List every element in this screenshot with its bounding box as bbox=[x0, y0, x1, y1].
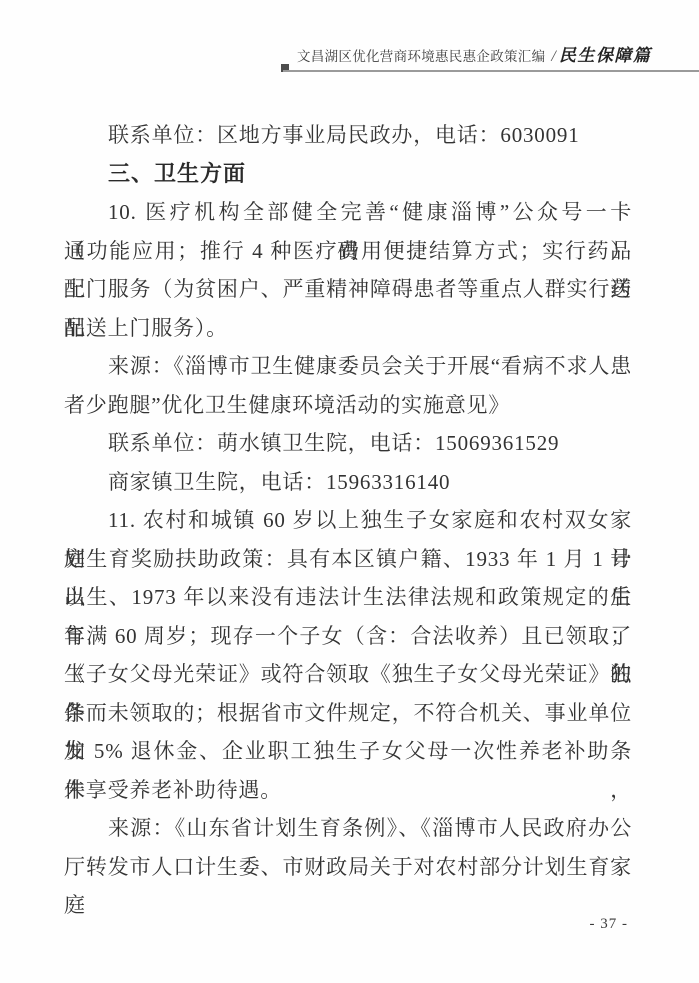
text-line: 11. 农村和城镇 60 岁以上独生子女家庭和农村双女家庭计 bbox=[64, 501, 632, 540]
text-line: 年满 60 周岁；现存一个子女（含：合法收养）且已领取了《独 bbox=[64, 617, 632, 656]
text-line: 生子女父母光荣证》或符合领取《独生子女父母光荣证》的条 bbox=[64, 655, 632, 694]
section-heading: 三、卫生方面 bbox=[64, 155, 632, 194]
text-line: 者少跑腿”优化卫生健康环境活动的实施意见》 bbox=[64, 386, 632, 425]
text-line: 来源：《山东省计划生育条例》、《淄博市人民政府办公 bbox=[64, 809, 632, 848]
document-body: 联系单位：区地方事业局民政办，电话：6030091三、卫生方面10. 医疗机构全… bbox=[64, 116, 632, 886]
header-rule bbox=[283, 70, 699, 72]
text-line: 10. 医疗机构全部健全完善“健康淄博”公众号一卡（码） bbox=[64, 193, 632, 232]
text-line: 配送上门服务）。 bbox=[64, 309, 632, 348]
text-line: 联系单位：萌水镇卫生院，电话：15069361529 bbox=[64, 424, 632, 463]
header-separator: / bbox=[551, 43, 555, 71]
page-number: - 37 - bbox=[590, 916, 629, 932]
section-title: 民生保障篇 bbox=[559, 42, 652, 70]
header-title: 文昌湖区优化营商环境惠民惠企政策汇编 / 民生保障篇 bbox=[297, 42, 651, 70]
page-footer: - 37 - bbox=[590, 916, 629, 933]
text-line: 上门服务（为贫困户、严重精神障碍患者等重点人群实行药品 bbox=[64, 270, 632, 309]
document-page: 文昌湖区优化营商环境惠民惠企政策汇编 / 民生保障篇 联系单位：区地方事业局民政… bbox=[0, 0, 699, 983]
text-line: 出生、1973 年以来没有违法计生法律法规和政策规定的生育； bbox=[64, 578, 632, 617]
booklet-title: 文昌湖区优化营商环境惠民惠企政策汇编 bbox=[297, 43, 545, 71]
text-line: 来源：《淄博市卫生健康委员会关于开展“看病不求人患 bbox=[64, 347, 632, 386]
text-line: 件而未领取的；根据省市文件规定，不符合机关、事业单位加 bbox=[64, 694, 632, 733]
text-line: 发 5% 退休金、企业职工独生子女父母一次性养老补助条件， bbox=[64, 732, 632, 771]
text-line: 通功能应用；推行 4 种医疗费用便捷结算方式；实行药品配送 bbox=[64, 232, 632, 271]
text-line: 厅转发市人口计生委、市财政局关于对农村部分计划生育家庭 bbox=[64, 848, 632, 887]
text-line: 划生育奖励扶助政策：具有本区镇户籍、1933 年 1 月 1 号以后 bbox=[64, 540, 632, 579]
text-line: 商家镇卫生院，电话：15963316140 bbox=[64, 463, 632, 502]
text-line: 联系单位：区地方事业局民政办，电话：6030091 bbox=[64, 116, 632, 155]
